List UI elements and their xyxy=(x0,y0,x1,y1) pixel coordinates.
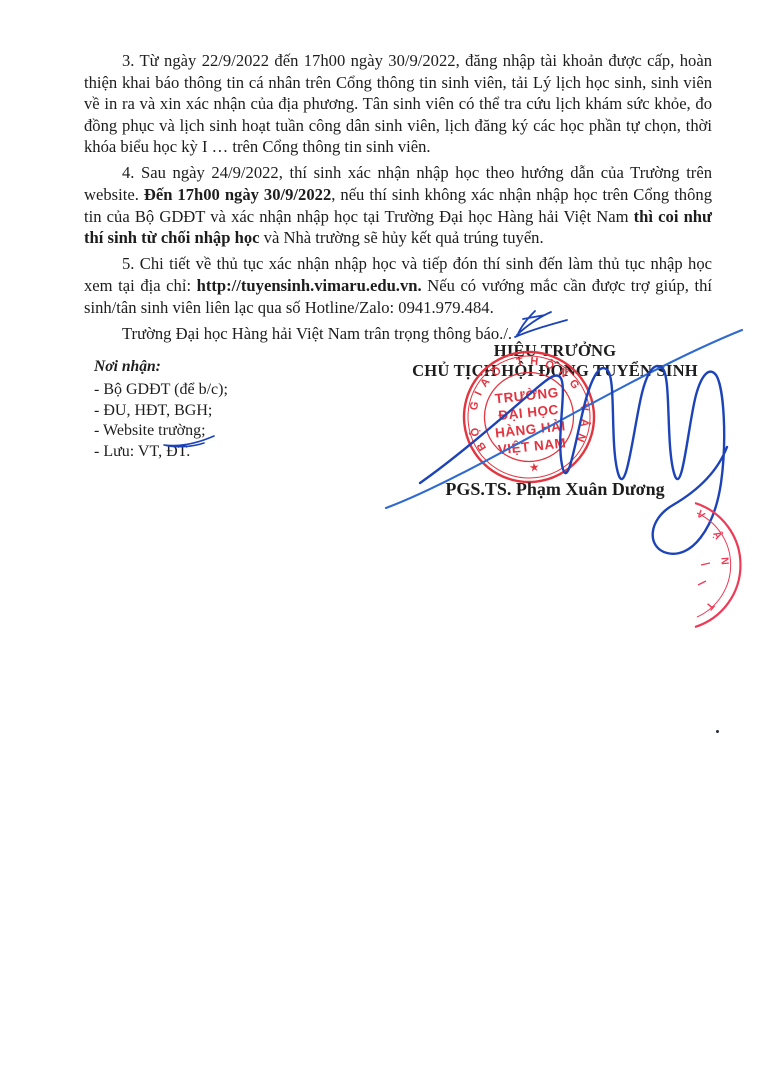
document-page: 3. Từ ngày 22/9/2022 đến 17h00 ngày 30/9… xyxy=(0,0,770,1080)
signer-name: PGS.TS. Phạm Xuân Dương xyxy=(396,479,714,500)
paragraph: 3. Từ ngày 22/9/2022 đến 17h00 ngày 30/9… xyxy=(84,50,712,158)
paragraph-line: đồng phục và lịch sinh hoạt tuần công dâ… xyxy=(84,115,712,137)
text-run: , nếu thí sinh không xác nhận nhập học t… xyxy=(331,185,712,204)
paragraph: 5. Chi tiết về thủ tục xác nhận nhập học… xyxy=(84,253,712,318)
text-run: sinh/tân sinh viên liên lạc qua số Hotli… xyxy=(84,298,494,317)
scan-speck xyxy=(716,730,719,733)
text-run: xem tại địa chỉ: xyxy=(84,276,197,295)
text-run: 3. Từ ngày 22/9/2022 đến 17h00 ngày 30/9… xyxy=(122,51,712,70)
document-body: 3. Từ ngày 22/9/2022 đến 17h00 ngày 30/9… xyxy=(84,50,712,349)
recipients-swoosh-mark xyxy=(160,432,218,454)
recipient-item: - ĐU, HĐT, BGH; xyxy=(94,401,228,422)
paragraph: 4. Sau ngày 24/9/2022, thí sinh xác nhận… xyxy=(84,162,712,248)
text-run: website. xyxy=(84,185,144,204)
paragraph-line: thiện khai báo thông tin cá nhân trên Cổ… xyxy=(84,72,712,94)
paragraph-line: xem tại địa chỉ: http://tuyensinh.vimaru… xyxy=(84,275,712,297)
text-run: thì coi như xyxy=(634,207,712,226)
paragraph-line: 3. Từ ngày 22/9/2022 đến 17h00 ngày 30/9… xyxy=(84,50,712,72)
paraph-stroke xyxy=(515,311,567,337)
recipient-item: - Bộ GDĐT (để b/c); xyxy=(94,380,228,401)
signature-loops-stroke xyxy=(420,366,727,554)
initial-paraph-mark xyxy=(507,307,575,345)
text-run: khóa biểu học kỳ I … trên Cổng thông tin… xyxy=(84,137,431,156)
paragraph-line: thí sinh từ chối nhập học và Nhà trường … xyxy=(84,227,712,249)
text-run: Nếu có vướng mắc cần được trợ giúp, thí xyxy=(422,276,712,295)
partial-stamp-impression: VẬN TẢI xyxy=(683,493,755,633)
partial-stamp-arc-text: VẬN TẢI xyxy=(683,493,731,613)
paragraph-line: 5. Chi tiết về thủ tục xác nhận nhập học… xyxy=(84,253,712,275)
paragraph-line: tin của Bộ GDĐT và xác nhận nhập học tại… xyxy=(84,206,712,228)
paragraph-line: khóa biểu học kỳ I … trên Cổng thông tin… xyxy=(84,136,712,158)
recipients-header: Nơi nhận: xyxy=(94,357,228,378)
text-run: và Nhà trường sẽ hủy kết quả trúng tuyển… xyxy=(260,228,544,247)
text-run: về in ra và xin xác nhận của địa phương.… xyxy=(84,94,712,113)
text-run: 5. Chi tiết về thủ tục xác nhận nhập học… xyxy=(122,254,712,273)
text-run: tin của Bộ GDĐT và xác nhận nhập học tại… xyxy=(84,207,634,226)
swoosh-stroke xyxy=(164,436,214,447)
text-run: http://tuyensinh.vimaru.edu.vn. xyxy=(197,276,422,295)
paragraph-line: về in ra và xin xác nhận của địa phương.… xyxy=(84,93,712,115)
paragraph-line: 4. Sau ngày 24/9/2022, thí sinh xác nhận… xyxy=(84,162,712,184)
text-run: 4. Sau ngày 24/9/2022, thí sinh xác nhận… xyxy=(122,163,712,182)
text-run: đồng phục và lịch sinh hoạt tuần công dâ… xyxy=(84,116,712,135)
text-run: thiện khai báo thông tin cá nhân trên Cổ… xyxy=(84,73,712,92)
text-run: thí sinh từ chối nhập học xyxy=(84,228,260,247)
partial-stamp-dashes xyxy=(698,563,710,585)
text-run: Đến 17h00 ngày 30/9/2022 xyxy=(144,185,331,204)
paragraph-line: website. Đến 17h00 ngày 30/9/2022, nếu t… xyxy=(84,184,712,206)
